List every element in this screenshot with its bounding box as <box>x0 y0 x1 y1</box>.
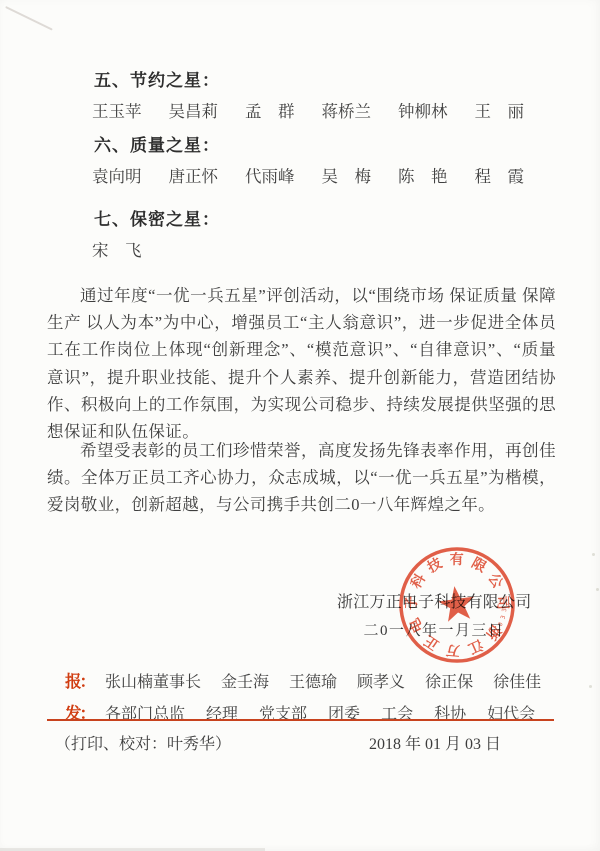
person-name: 代雨峰 <box>245 167 295 187</box>
person-name: 宋 飞 <box>92 241 142 261</box>
company-seal: 浙江万正电子科技有限公司 330 <box>394 542 520 668</box>
report-recipient: 金壬海 <box>221 669 269 692</box>
section-heading: 六、质量之星： <box>94 135 524 157</box>
person-name: 蒋桥兰 <box>322 102 372 122</box>
separator-rule <box>47 719 554 721</box>
scan-speck <box>592 553 595 556</box>
person-name: 吴昌莉 <box>169 102 219 122</box>
scan-crease-mark <box>5 6 53 31</box>
names-row: 宋 飞 <box>92 241 220 261</box>
report-recipient: 王德瑜 <box>289 669 337 692</box>
report-recipients: 张山楠董事长金壬海王德瑜顾孝义徐正保徐佳佳 <box>105 669 541 692</box>
person-name: 吴 梅 <box>322 167 372 187</box>
section-saving-star: 五、节约之星： 王玉苹吴昌莉孟 群蒋桥兰钟柳林王 丽 <box>92 70 524 122</box>
report-line: 报： 张山楠董事长金壬海王德瑜顾孝义徐正保徐佳佳 <box>65 668 541 692</box>
person-name: 程 霞 <box>475 167 525 187</box>
seal-star-icon <box>436 584 477 623</box>
scan-speck <box>596 588 599 591</box>
svg-text:有: 有 <box>450 551 464 568</box>
names-row: 王玉苹吴昌莉孟 群蒋桥兰钟柳林王 丽 <box>92 102 524 122</box>
footer-row: （打印、校对：叶秀华） 2018 年 01 月 03 日 <box>55 731 501 754</box>
person-name: 王玉苹 <box>92 102 142 122</box>
names-row: 袁向明唐正怀代雨峰吴 梅陈 艳程 霞 <box>92 167 524 187</box>
person-name: 孟 群 <box>245 102 295 122</box>
svg-text:子: 子 <box>404 596 421 611</box>
company-seal-graphic: 浙江万正电子科技有限公司 330 <box>394 542 520 668</box>
section-quality-star: 六、质量之星： 袁向明唐正怀代雨峰吴 梅陈 艳程 霞 <box>92 135 524 187</box>
section-confidentiality-star: 七、保密之星： 宋 飞 <box>92 209 220 261</box>
seal-serial-number: 330 <box>497 608 509 628</box>
svg-text:3: 3 <box>499 615 507 621</box>
svg-text:司: 司 <box>494 595 512 610</box>
report-recipient: 顾孝义 <box>357 669 405 692</box>
report-recipient: 徐正保 <box>425 669 473 692</box>
document-page: 五、节约之星： 王玉苹吴昌莉孟 群蒋桥兰钟柳林王 丽 六、质量之星： 袁向明唐正… <box>0 0 600 851</box>
print-date: 2018 年 01 月 03 日 <box>369 731 501 754</box>
person-name: 唐正怀 <box>169 167 219 187</box>
section-heading: 五、节约之星： <box>94 70 524 92</box>
report-label: 报： <box>65 668 94 692</box>
person-name: 王 丽 <box>475 102 525 122</box>
body-paragraph-hope: 希望受表彰的员工们珍惜荣誉，高度发扬先锋表率作用，再创佳绩。全体万正员工齐心协力… <box>47 437 556 519</box>
person-name: 袁向明 <box>92 167 142 187</box>
section-heading: 七、保密之星： <box>94 209 220 231</box>
svg-text:万: 万 <box>445 641 460 658</box>
print-proof-note: （打印、校对：叶秀华） <box>55 731 231 754</box>
report-recipient: 徐佳佳 <box>493 669 541 692</box>
body-paragraph-summary: 通过年度“一优一兵五星”评创活动，以“围绕市场 保证质量 保障生产 以人为本”为… <box>47 282 556 445</box>
person-name: 陈 艳 <box>398 167 448 187</box>
person-name: 钟柳林 <box>398 102 448 122</box>
scan-speck <box>589 685 592 688</box>
report-recipient: 张山楠董事长 <box>105 669 201 692</box>
